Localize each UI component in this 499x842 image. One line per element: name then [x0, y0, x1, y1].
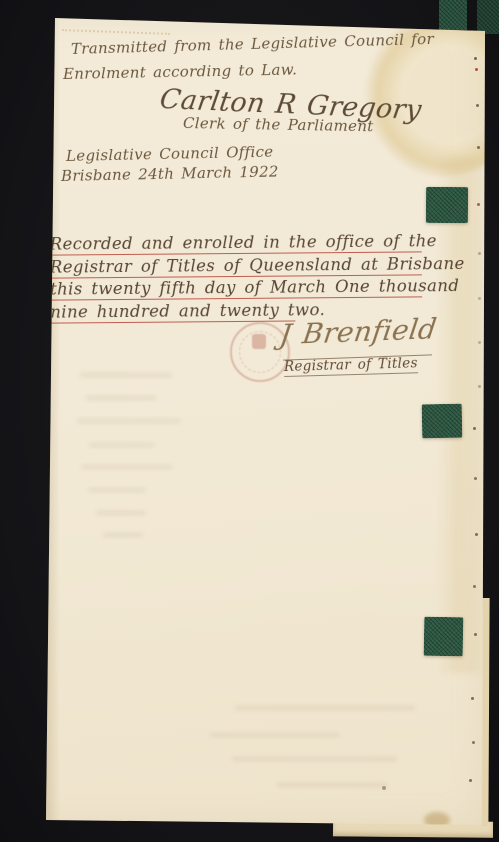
- show-through-line: [103, 533, 143, 537]
- stitch-hole: [474, 633, 477, 636]
- show-through-line: [81, 465, 173, 469]
- stitch-hole: [471, 697, 474, 700]
- stitch-hole: [475, 68, 478, 71]
- stitch-hole: [476, 104, 479, 107]
- stitch-hole: [474, 477, 477, 480]
- show-through-line: [80, 373, 172, 377]
- binding-ribbon-top-right: [477, 0, 499, 34]
- stitch-hole: [478, 252, 481, 255]
- spine-shading: [46, 18, 60, 822]
- show-through-line: [89, 443, 155, 447]
- transmittal-line-2: Enrolment according to Law.: [63, 61, 298, 83]
- binding-ribbon-top: [439, 0, 467, 30]
- show-through-line: [96, 511, 146, 515]
- show-through-line: [232, 757, 397, 761]
- show-through-line: [235, 706, 415, 710]
- scan-background: Transmitted from the Legislative Council…: [0, 0, 499, 842]
- ribbon-patch-3: [424, 617, 464, 657]
- stitch-hole: [469, 779, 472, 782]
- office-place-date: Brisbane 24th March 1922: [61, 162, 279, 185]
- registrar-signature: J Brenfield: [278, 312, 439, 351]
- enrolment-line: this twenty fifth day of March One thous…: [50, 277, 422, 300]
- enrolment-memorandum: Recorded and enrolled in the office of t…: [50, 232, 423, 325]
- enrolment-line: Registrar of Titles of Queensland at Bri…: [50, 255, 422, 278]
- perforation-ghost: [62, 29, 170, 35]
- show-through-line: [77, 419, 181, 423]
- clerk-title: Clerk of the Parliament: [183, 114, 374, 135]
- seal-crest-icon: [252, 334, 266, 349]
- stitch-hole: [472, 741, 475, 744]
- show-through-line: [88, 488, 146, 492]
- registrar-title: Registrar of Titles: [284, 355, 418, 377]
- stitch-hole: [473, 585, 476, 588]
- stitch-hole: [475, 533, 478, 536]
- office-name: Legislative Council Office: [66, 143, 274, 165]
- stitch-hole: [477, 203, 480, 206]
- stitch-hole: [478, 297, 481, 300]
- ribbon-patch-1: [426, 187, 468, 223]
- document-page: Transmitted from the Legislative Council…: [0, 0, 499, 842]
- stitch-hole: [477, 146, 480, 149]
- enrolment-line: nine hundred and twenty two.: [50, 301, 295, 323]
- show-through-line: [210, 733, 340, 737]
- enrolment-line: Recorded and enrolled in the office of t…: [50, 232, 422, 255]
- ribbon-patch-2: [422, 404, 463, 439]
- stitch-hole: [474, 57, 477, 60]
- stitch-hole: [478, 385, 481, 388]
- show-through-line: [277, 783, 387, 787]
- show-through-line: [86, 396, 156, 400]
- stitch-hole: [478, 341, 481, 344]
- stitch-hole: [473, 427, 476, 430]
